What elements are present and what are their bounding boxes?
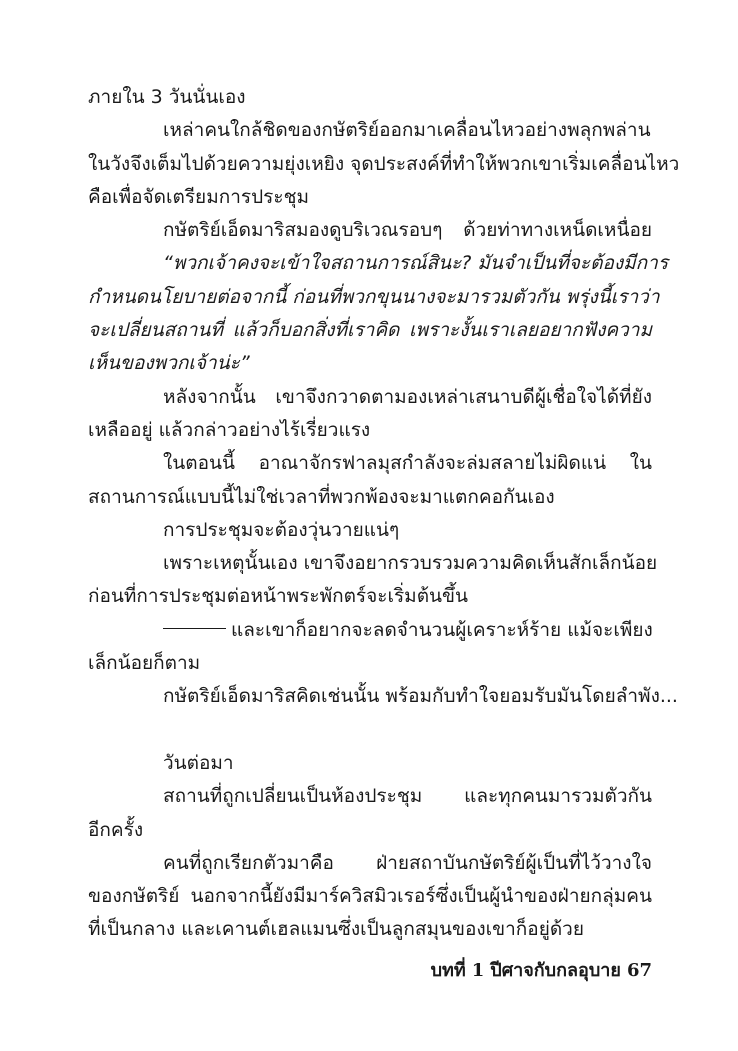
dash-line-text: และเขาก็อยากจะลดจำนวนผู้เคราะห์ร้าย แม้จ… (231, 614, 652, 647)
dialogue-line-2: กำหนดนโยบายต่อจากนี้ ก่อนที่พวกขุนนางจะม… (88, 281, 652, 314)
text-line-26: ที่เป็นกลาง และเคานต์เฮลแมนซึ่งเป็นลูกสม… (88, 913, 652, 946)
text-line-24: คนที่ถูกเรียกตัวมาคือ ฝ่ายสถาบันกษัตริย์… (88, 847, 652, 880)
text-line-2: เหล่าคนใกล้ชิดของกษัตริย์ออกมาเคลื่อนไหว… (88, 114, 652, 147)
dialogue-line-3: จะเปลี่ยนสถานที่ แล้วก็บอกสิ่งที่เราคิด … (88, 314, 652, 347)
chapter-label: บทที่ (431, 960, 466, 981)
page-footer: บทที่1ปีศาจกับกลอุบาย67 (431, 955, 652, 984)
text-line-11: เหลืออยู่ แล้วกล่าวอย่างไร้เรี่ยวแรง (88, 414, 652, 447)
text-line-13: สถานการณ์แบบนี้ไม่ใช่เวลาที่พวกพ้องจะมาแ… (88, 481, 652, 514)
chapter-title: ปีศาจกับกลอุบาย (490, 960, 621, 981)
text-line-1: ภายใน 3 วันนั่นเอง (88, 81, 652, 114)
text-line-23: อีกครั้ง (88, 814, 652, 847)
em-dash-rule (163, 628, 226, 629)
text-line-21: วันต่อมา (88, 747, 652, 780)
dialogue-line-4: เห็นของพวกเจ้าน่ะ” (88, 347, 652, 380)
text-line-15: เพราะเหตุนั้นเอง เขาจึงอยากรวบรวมความคิด… (88, 547, 652, 580)
text-line-22: สถานที่ถูกเปลี่ยนเป็นห้องประชุม และทุกคน… (88, 780, 652, 813)
text-line-18: เล็กน้อยก็ตาม (88, 647, 652, 680)
blank-line (88, 714, 652, 747)
text-line-12: ในตอนนี้ อาณาจักรฟาลมุสกำลังจะล่มสลายไม่… (88, 447, 652, 480)
text-line-10: หลังจากนั้น เขาจึงกวาดตามองเหล่าเสนาบดีผ… (88, 381, 652, 414)
chapter-number: 1 (472, 960, 485, 981)
dialogue-line-1: “พวกเจ้าคงจะเข้าใจสถานการณ์สินะ? มันจำเป… (88, 247, 652, 280)
text-line-19: กษัตริย์เอ็ดมาริสคิดเช่นนั้น พร้อมกับทำใ… (88, 680, 652, 713)
text-line-14: การประชุมจะต้องวุ่นวายแน่ๆ (88, 514, 652, 547)
dash-line: และเขาก็อยากจะลดจำนวนผู้เคราะห์ร้าย แม้จ… (88, 614, 652, 647)
text-line-5: กษัตริย์เอ็ดมาริสมองดูบริเวณรอบๆ ด้วยท่า… (88, 214, 652, 247)
text-line-3: ในวังจึงเต็มไปด้วยความยุ่งเหยิง จุดประสง… (88, 148, 652, 181)
page-number: 67 (627, 960, 652, 981)
text-line-25: ของกษัตริย์ นอกจากนี้ยังมีมาร์ควิสมิวเรอ… (88, 880, 652, 913)
page-body: ภายใน 3 วันนั่นเอง เหล่าคนใกล้ชิดของกษัต… (88, 81, 652, 947)
text-line-16: ก่อนที่การประชุมต่อหน้าพระพักตร์จะเริ่มต… (88, 580, 652, 613)
text-line-4: คือเพื่อจัดเตรียมการประชุม (88, 181, 652, 214)
